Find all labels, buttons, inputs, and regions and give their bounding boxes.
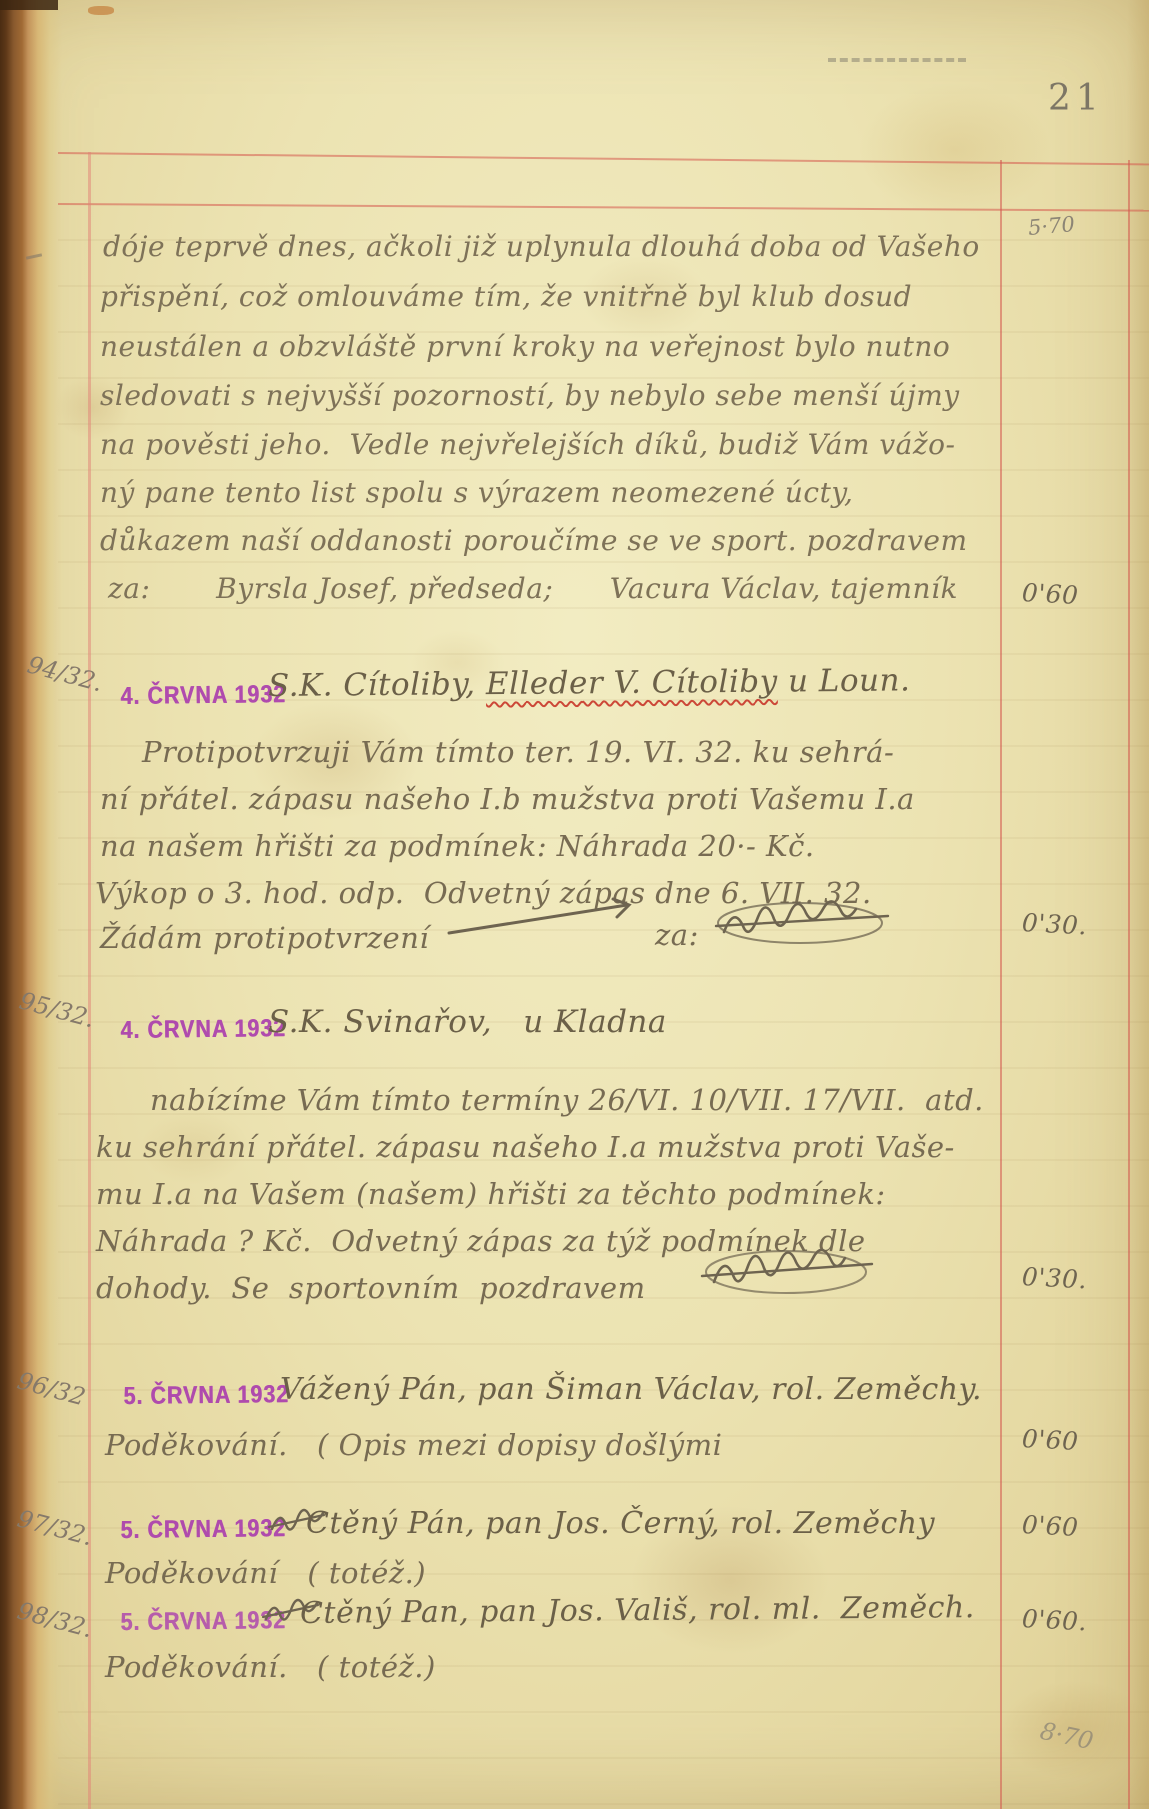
fee-amount: 0'60 <box>1021 578 1079 610</box>
fee-amount: 0'60. <box>1021 1604 1087 1636</box>
entry-heading: S.K. Cítoliby, Elleder V. Cítoliby u Lou… <box>268 662 911 704</box>
dashed-pencil-mark <box>828 58 966 62</box>
prelude-line: neustálen a obzvláště první kroky na veř… <box>100 330 950 363</box>
fee-amount: 0'30. <box>1021 1262 1087 1294</box>
ledger-line: ní přátel. zápasu našeho I.b mužstva pro… <box>100 782 915 816</box>
ledger-line: mu I.a na Vašem (našem) hřišti za těchto… <box>96 1177 886 1211</box>
prelude-line: důkazem naší oddanosti poroučíme se ve s… <box>100 524 968 557</box>
paper-stain <box>860 85 1050 215</box>
margin-rule-vertical <box>88 152 91 1809</box>
club-name: S.K. Cítoliby, <box>268 666 486 704</box>
carried-total: 5·70 <box>1027 212 1076 240</box>
page-right-edge <box>1127 0 1149 1809</box>
page-number: 21 <box>1048 78 1104 119</box>
ledger-line: nabízíme Vám tímto termíny 26/VI. 10/VII… <box>150 1083 984 1117</box>
paper-stain <box>88 6 114 15</box>
heading-tail: u Loun. <box>778 662 911 699</box>
prelude-line: dóje teprvě dnes, ačkoli již uplynula dl… <box>103 230 980 263</box>
date-stamp: 4. ČRVNA 1932 <box>120 1015 286 1045</box>
ledger-line: dohody. Se sportovním pozdravem <box>96 1271 646 1305</box>
ledger-page: 21 5·70 dóje teprvě dnes, ačkoli již upl… <box>0 0 1149 1809</box>
date-stamp: 4. ČRVNA 1932 <box>120 681 286 711</box>
date-stamp: 5. ČRVNA 1932 <box>120 1515 286 1545</box>
ledger-line: Poděkování ( totéž.) <box>105 1556 426 1590</box>
crossed-out-signature <box>712 896 892 951</box>
entry-heading: S.K. Svinařov, u Kladna <box>268 1004 667 1040</box>
header-rule-top <box>58 152 1149 165</box>
ledger-line: Protipotvrzuji Vám tímto ter. 19. VI. 32… <box>142 735 894 769</box>
prelude-line: sledovati s nejvyšší pozorností, by neby… <box>100 379 960 412</box>
scan-edge-mark <box>0 0 58 10</box>
entry-heading: Vážený Pán, pan Šiman Václav, rol. Zeměc… <box>280 1372 982 1407</box>
outer-column-rule <box>1128 160 1130 1809</box>
entry-heading: Ctěný Pán, pan Jos. Černý, rol. Zeměchy <box>306 1506 935 1541</box>
ledger-line: na našem hřišti za podmínek: Náhrada 20·… <box>100 829 815 863</box>
prelude-signature-line: za: Byrsla Josef, předseda; Vacura Václa… <box>108 572 958 605</box>
crossed-out-signature <box>700 1242 875 1300</box>
ledger-line: ku sehrání přátel. zápasu našeho I.a muž… <box>96 1130 955 1164</box>
running-total: 8·70 <box>1038 1717 1096 1755</box>
club-name: S.K. Svinařov, <box>268 1004 523 1040</box>
prelude-line: přispění, což omlouváme tím, že vnitřně … <box>100 280 912 313</box>
entry-heading: Ctěný Pan, pan Jos. Vališ, rol. ml. Země… <box>300 1590 975 1631</box>
prelude-line: ný pane tento list spolu s výrazem neome… <box>100 476 853 509</box>
ledger-line: Poděkování. ( totéž.) <box>105 1650 436 1684</box>
fee-amount: 0'30. <box>1021 908 1087 940</box>
za-label: za: <box>655 918 699 952</box>
heading-tail: u Kladna <box>523 1004 667 1040</box>
ledger-line: Poděkování. ( Opis mezi dopisy došlými <box>105 1428 722 1462</box>
addressee: Ctěný Pán, pan Jos. Černý, rol. Zeměchy <box>306 1506 935 1541</box>
arrow-stroke <box>445 895 645 940</box>
fee-column-rule <box>1000 160 1002 1809</box>
red-underlined-name: Elleder V. Cítoliby <box>486 664 778 703</box>
fee-amount: 0'60 <box>1021 1424 1079 1456</box>
addressee: Ctěný Pan, pan Jos. Vališ, rol. ml. Země… <box>300 1590 975 1631</box>
prelude-line: na pověsti jeho. Vedle nejvřelejších dík… <box>100 428 955 461</box>
addressee: Vážený Pán, pan Šiman Václav, rol. Zeměc… <box>280 1372 982 1407</box>
date-stamp: 5. ČRVNA 1932 <box>123 1381 289 1411</box>
header-rule-bottom <box>58 203 1149 212</box>
ledger-line: Žádám protipotvrzení <box>100 921 429 955</box>
fee-amount: 0'60 <box>1021 1510 1079 1542</box>
